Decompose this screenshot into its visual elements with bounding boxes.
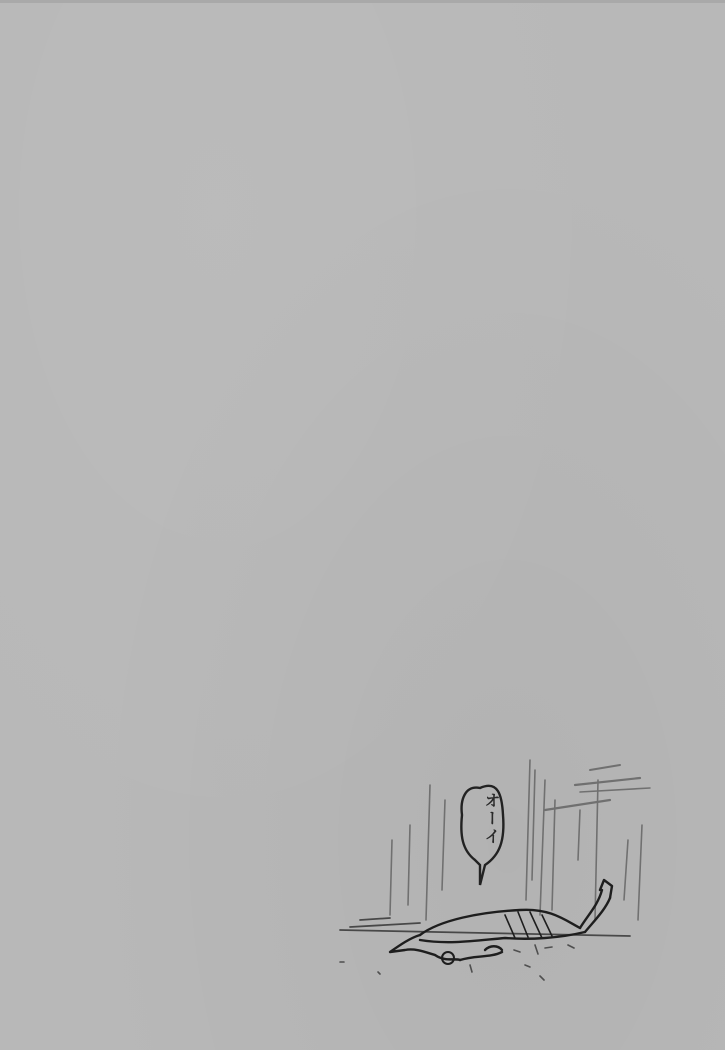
sketch-page: オーイ: [0, 0, 725, 1050]
page-top-edge: [0, 0, 725, 3]
lying-figure-drawing: [330, 740, 680, 1000]
sketch-illustration: [330, 740, 680, 1000]
speech-bubble-text: オーイ: [475, 792, 499, 846]
